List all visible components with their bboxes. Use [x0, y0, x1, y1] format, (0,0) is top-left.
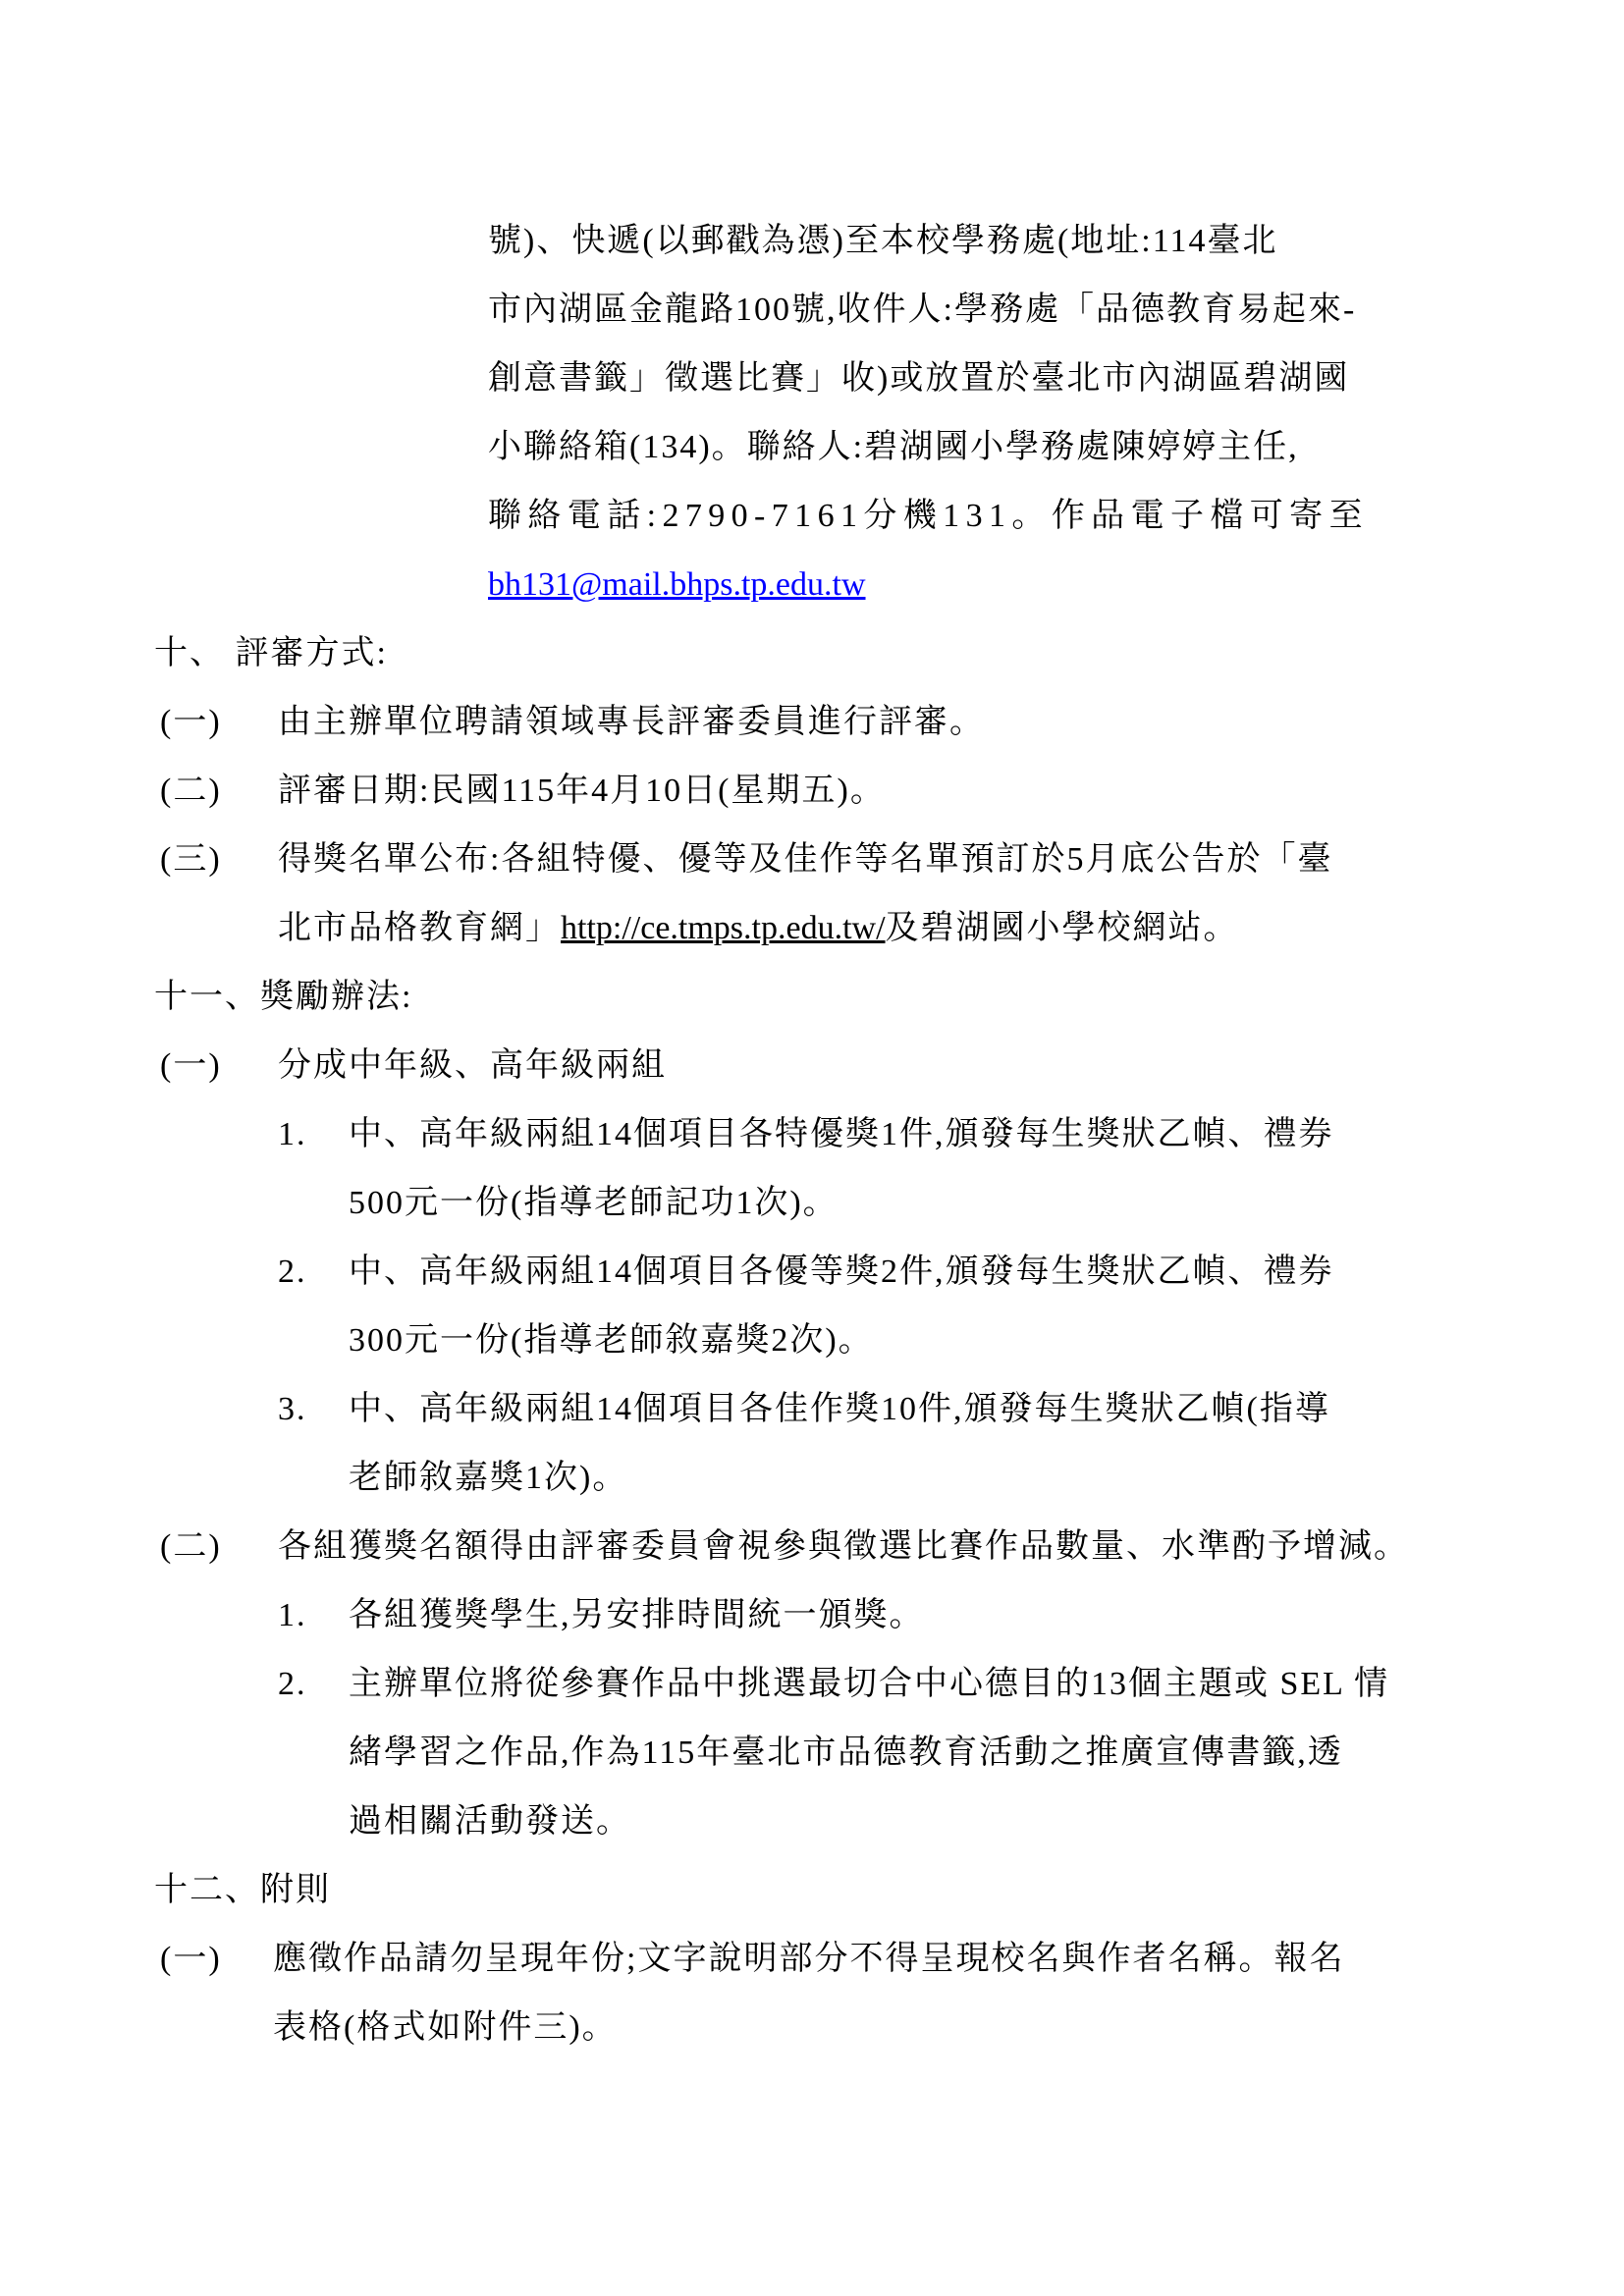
award-item-1-line-2: 500元一份(指導老師記功1次)。 — [349, 1184, 839, 1223]
item-text: 各組獲獎學生,另安排時間統一頒獎。 — [349, 1597, 925, 1633]
section-12-item-1-line-2: 表格(格式如附件三)。 — [273, 2008, 618, 2048]
item-marker: (二) — [160, 772, 278, 811]
item-number: 1. — [278, 1115, 349, 1154]
item-text: 主辦單位將從參賽作品中挑選最切合中心德目的13個主題或 SEL 情 — [349, 1666, 1389, 1702]
item-marker: (二) — [160, 1527, 278, 1567]
item-text: 應徵作品請勿呈現年份;文字說明部分不得呈現校名與作者名稱。報名 — [273, 1941, 1344, 1977]
item-number: 1. — [278, 1596, 349, 1635]
item-text: 中、高年級兩組14個項目各優等獎2件,頒發每生獎狀乙幀、禮券 — [349, 1254, 1334, 1290]
item-text: 各組獲獎名額得由評審委員會視參與徵選比賽作品數量、水準酌予增減。 — [278, 1528, 1409, 1565]
award-item-3: 3.中、高年級兩組14個項目各佳作獎10件,頒發每生獎狀乙幀(指導 — [278, 1390, 1330, 1429]
email-line: bh131@mail.bhps.tp.edu.tw — [488, 565, 866, 605]
section-10-item-3-line-2: 北市品格教育網」http://ce.tmps.tp.edu.tw/及碧湖國小學校… — [278, 909, 1239, 948]
item-marker: (一) — [160, 1046, 278, 1086]
section-10-heading: 十、 評審方式: — [154, 634, 388, 673]
section-11-sub-2: (二)各組獲獎名額得由評審委員會視參與徵選比賽作品數量、水準酌予增減。 — [160, 1527, 1409, 1567]
item-marker: (三) — [160, 840, 278, 880]
item-text: 分成中年級、高年級兩組 — [278, 1047, 667, 1084]
item-number: 2. — [278, 1253, 349, 1292]
section-10-item-1: (一)由主辦單位聘請領域專長評審委員進行評審。 — [160, 703, 985, 742]
continuation-line-1: 號)、快遞(以郵戳為憑)至本校學務處(地址:114臺北 — [488, 222, 1277, 261]
section-12-heading: 十二、附則 — [154, 1871, 331, 1910]
continuation-line-2: 市內湖區金龍路100號,收件人:學務處「品德教育易起來- — [488, 291, 1356, 330]
section-11-heading: 十一、獎勵辦法: — [154, 978, 412, 1017]
sub-2-item-2-line-2: 緒學習之作品,作為115年臺北市品德教育活動之推廣宣傳書籤,透 — [349, 1734, 1343, 1773]
item-text: 中、高年級兩組14個項目各特優獎1件,頒發每生獎狀乙幀、禮券 — [349, 1116, 1334, 1152]
item-number: 2. — [278, 1665, 349, 1704]
item-marker: (一) — [160, 703, 278, 742]
continuation-line-5: 聯絡電話:2790-7161分機131。作品電子檔可寄至 — [488, 497, 1369, 536]
item-marker: (一) — [160, 1940, 273, 1979]
award-item-1: 1.中、高年級兩組14個項目各特優獎1件,頒發每生獎狀乙幀、禮券 — [278, 1115, 1334, 1154]
sub-2-item-1: 1.各組獲獎學生,另安排時間統一頒獎。 — [278, 1596, 925, 1635]
item-text: 及碧湖國小學校網站。 — [886, 910, 1239, 946]
award-item-2: 2.中、高年級兩組14個項目各優等獎2件,頒發每生獎狀乙幀、禮券 — [278, 1253, 1334, 1292]
email-link[interactable]: bh131@mail.bhps.tp.edu.tw — [488, 566, 866, 603]
item-text: 中、高年級兩組14個項目各佳作獎10件,頒發每生獎狀乙幀(指導 — [349, 1391, 1330, 1427]
award-item-3-line-2: 老師敘嘉獎1次)。 — [349, 1459, 627, 1498]
section-11-sub-1: (一)分成中年級、高年級兩組 — [160, 1046, 667, 1086]
continuation-line-3: 創意書籤」徵選比賽」收)或放置於臺北市內湖區碧湖國 — [488, 359, 1349, 399]
award-item-2-line-2: 300元一份(指導老師敘嘉獎2次)。 — [349, 1321, 874, 1361]
item-text: 得獎名單公布:各組特優、優等及佳作等名單預訂於5月底公告於「臺 — [278, 841, 1332, 878]
section-12-item-1: (一)應徵作品請勿呈現年份;文字說明部分不得呈現校名與作者名稱。報名 — [160, 1940, 1344, 1979]
item-text: 北市品格教育網」 — [278, 910, 561, 946]
item-text: 由主辦單位聘請領域專長評審委員進行評審。 — [278, 704, 985, 740]
section-10-item-2: (二)評審日期:民國115年4月10日(星期五)。 — [160, 772, 886, 811]
sub-2-item-2-line-3: 過相關活動發送。 — [349, 1802, 631, 1842]
item-number: 3. — [278, 1390, 349, 1429]
sub-2-item-2: 2.主辦單位將從參賽作品中挑選最切合中心德目的13個主題或 SEL 情 — [278, 1665, 1389, 1704]
character-education-url-link[interactable]: http://ce.tmps.tp.edu.tw/ — [561, 910, 886, 946]
item-text: 評審日期:民國115年4月10日(星期五)。 — [278, 773, 886, 809]
continuation-line-4: 小聯絡箱(134)。聯絡人:碧湖國小學務處陳婷婷主任, — [488, 428, 1299, 467]
section-10-item-3: (三)得獎名單公布:各組特優、優等及佳作等名單預訂於5月底公告於「臺 — [160, 840, 1332, 880]
